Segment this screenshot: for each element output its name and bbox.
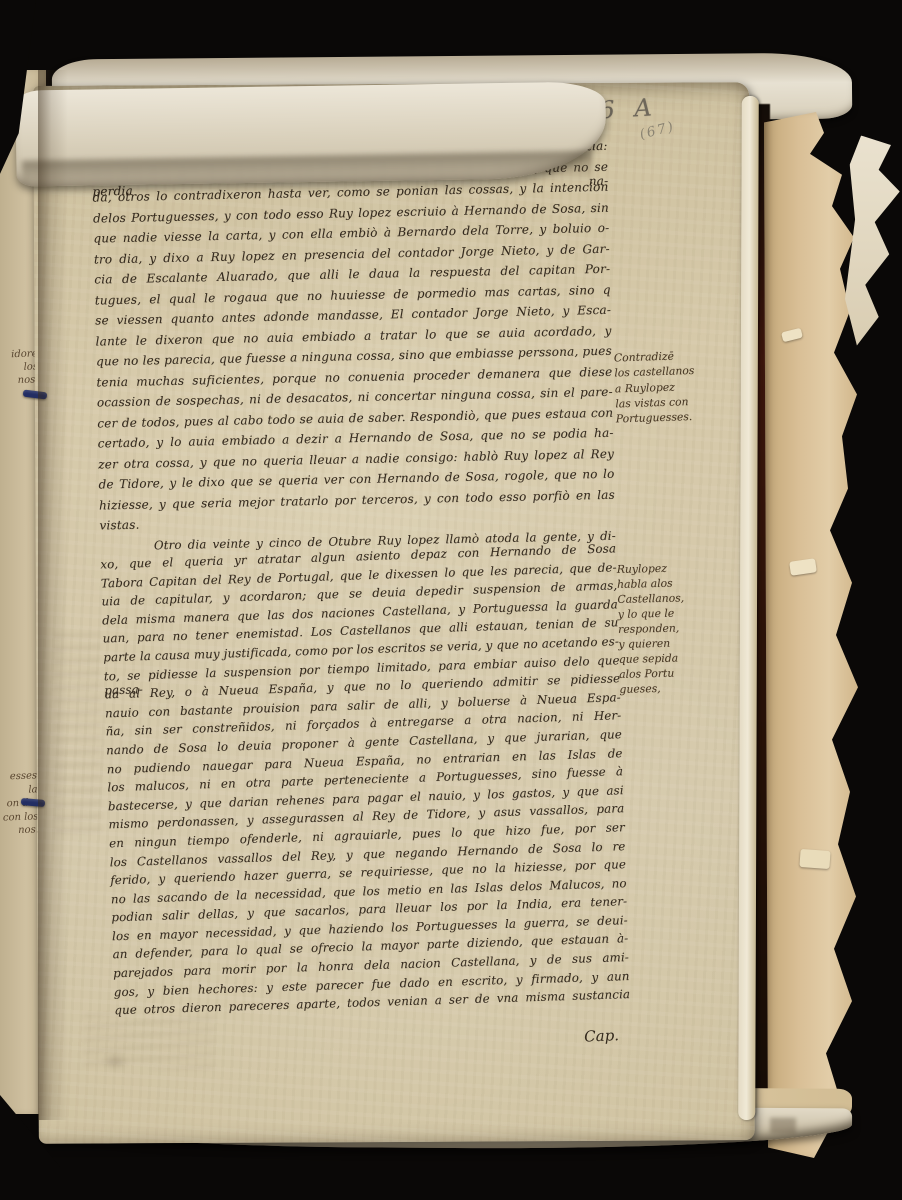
page-edge-curl: [738, 96, 759, 1120]
manuscript-text-block: Si guardaria la tregua que se cumplia de…: [92, 139, 626, 1023]
text-line: nos,: [0, 373, 38, 387]
paper-chip: [799, 849, 830, 869]
manuscript-page: 6 A (67) Si guardaria la tregua que se c…: [33, 82, 755, 1144]
folio-number-pencil: 6 A: [599, 93, 659, 124]
facing-page-fragment-top: idorelosnos,: [0, 347, 39, 387]
ink-smudge: [102, 1051, 128, 1071]
margin-note-contradizen: Contradizēlos castellanosa Ruylopezlas v…: [614, 347, 738, 427]
text-line: gueses,: [619, 679, 741, 697]
catchword: Cap.: [584, 1026, 619, 1045]
manuscript-photo: idorelosnos, esseslaon de-con losnos. 6 …: [0, 0, 902, 1200]
ink-showthrough: [54, 634, 101, 834]
folio-number-secondary: (67): [638, 118, 677, 142]
manuscript-paragraph-1: Si guardaria la tregua que se cumplia de…: [92, 139, 616, 519]
text-line: la: [0, 783, 38, 798]
text-line: esses: [0, 769, 37, 784]
text-line: con los: [0, 810, 38, 825]
margin-note-ruylopez: Ruylopezhabla alosCastellanos,y lo que l…: [617, 559, 742, 697]
text-line: Portuguesses.: [616, 408, 738, 427]
manuscript-paragraph-2: xo, que el queria yr atratar algun asien…: [100, 541, 630, 1022]
text-line: nos.: [1, 823, 39, 838]
